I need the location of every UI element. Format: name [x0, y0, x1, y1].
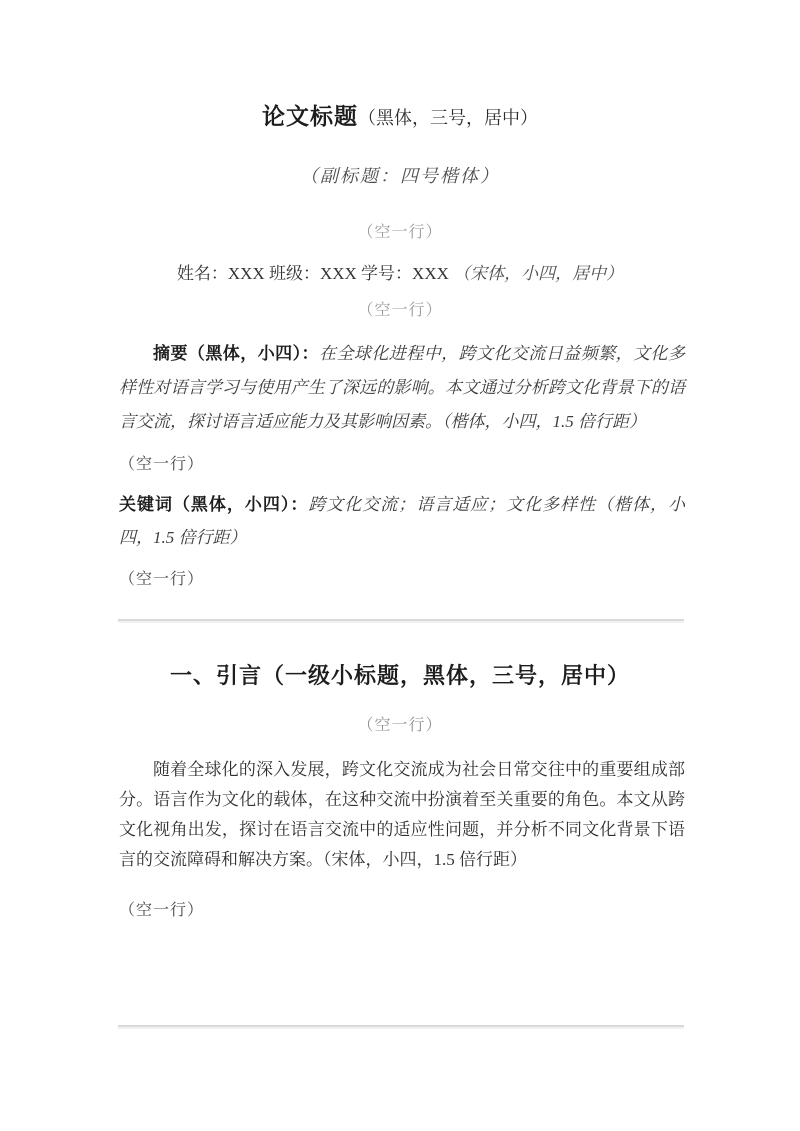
section-divider [118, 619, 684, 621]
abstract-format-note: （楷体，小四，1.5 倍行距） [442, 412, 646, 431]
paper-title-text: 论文标题 [262, 103, 358, 129]
author-byline-text: 姓名：XXX 班级：XXX 学号：XXX [177, 264, 453, 283]
keywords-label: 关键词（黑体，小四）： [119, 495, 308, 514]
document-page: 论文标题（黑体，三号，居中） （副标题：四号楷体） （空一行） 姓名：XXX 班… [0, 0, 800, 1131]
introduction-format-note: （宋体，小四，1.5 倍行距） [323, 850, 527, 869]
blank-line-marker: （空一行） [119, 566, 685, 589]
author-byline: 姓名：XXX 班级：XXX 学号：XXX （宋体，小四，居中） [0, 259, 800, 284]
introduction-paragraph: 随着全球化的深入发展，跨文化交流成为社会日常交往中的重要组成部分。语言作为文化的… [119, 755, 685, 875]
section-heading: 一、引言（一级小标题，黑体，三号，居中） [0, 659, 800, 690]
blank-line-marker: （空一行） [0, 297, 800, 320]
paper-subtitle: （副标题：四号楷体） [0, 162, 800, 188]
abstract-paragraph: 摘要（黑体，小四）：在全球化进程中，跨文化交流日益频繁，文化多样性对语言学习与使… [119, 337, 685, 439]
keywords-text: 跨文化交流；语言适应；文化多样性 [308, 495, 596, 514]
keywords-paragraph: 关键词（黑体，小四）：跨文化交流；语言适应；文化多样性（楷体，小四，1.5 倍行… [119, 488, 685, 554]
blank-line-marker: （空一行） [119, 451, 685, 474]
blank-line-marker: （空一行） [119, 897, 685, 920]
author-byline-format-note: （宋体，小四，居中） [453, 264, 623, 283]
paper-title-format-note: （黑体，三号，居中） [358, 108, 538, 128]
blank-line-marker: （空一行） [0, 712, 800, 735]
section-divider [118, 1025, 684, 1027]
blank-line-marker: （空一行） [0, 219, 800, 242]
abstract-label: 摘要（黑体，小四）： [153, 344, 319, 363]
paper-title: 论文标题（黑体，三号，居中） [0, 101, 800, 135]
